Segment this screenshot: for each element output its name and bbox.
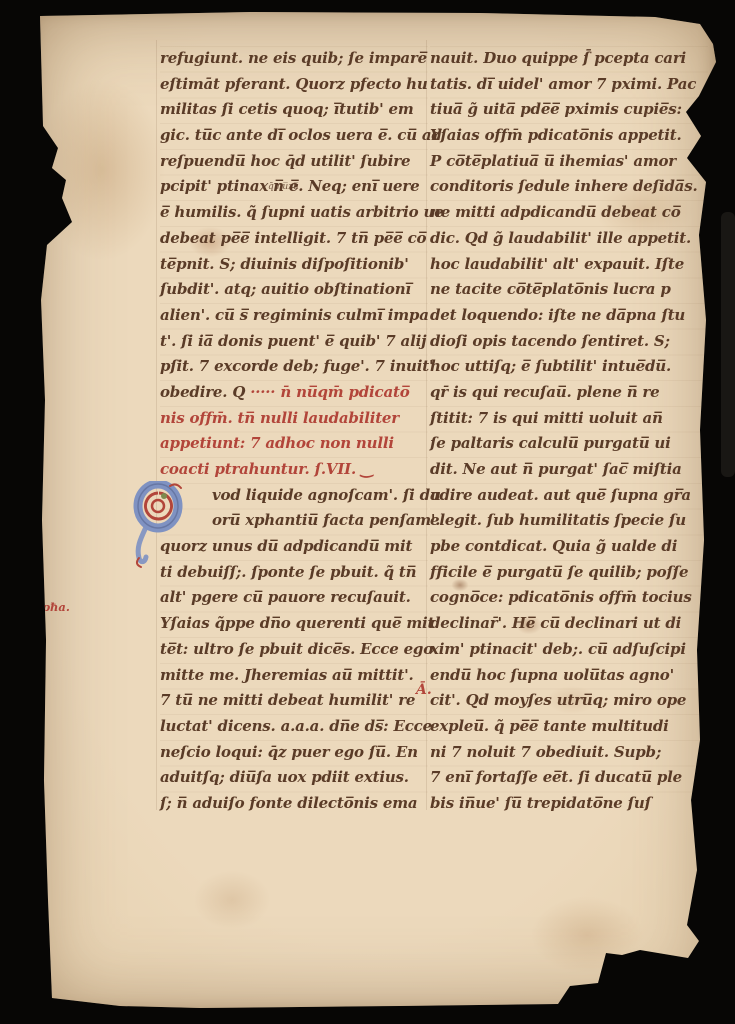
illuminated-initial-q [130, 481, 186, 573]
text-line: luctat' dicens. a.a.a. dn̅e ds̅: Ecce [160, 714, 428, 740]
initial-q-artwork [130, 481, 186, 573]
text-segment: 7 tu̅ ne mitti debeat humilit' re [160, 691, 415, 709]
text-segment: conditoris ſedule inhere deſida̅s. [430, 177, 697, 195]
text-line: hoc laudabilit' alt' expauit. Iſte [430, 252, 708, 278]
text-segment: aduitſq; diu̅ſa uox pdiit extius. [160, 768, 409, 786]
text-segment: qr̄ is qui recuſau̅. plene n̅ re [430, 383, 659, 401]
text-line: obedire. Q ····· n̄ nu̅qm̄ pdicato̅ [160, 380, 428, 406]
background-mat-edge [721, 212, 735, 477]
left-text-column: refugiunt. ne eis quib; ſe impare̅eſtimā… [160, 46, 428, 817]
text-line: pſit. 7 excorde deb; fuge'. 7 inuit' [160, 354, 428, 380]
text-line: dit. Ne aut n̅ purgat' ſac̅ miſtia [430, 457, 708, 483]
text-line: e̅ humilis. q̃ ſupni uatis arbitrio ue [160, 200, 428, 226]
text-segment: eſtimāt pferant. Quorz pfecto hu [160, 75, 428, 93]
text-segment: ni 7 noluit 7 obediuit. Supb; [430, 743, 661, 761]
text-segment: vod liquide agnoſcam'. ſi du [212, 486, 441, 504]
text-segment: hoc uttiſq; e̅ ſubtilit' intue̅du̅. [430, 357, 671, 375]
text-segment: nauit. Duo quippe ſ̄ pcepta cari [430, 49, 686, 67]
text-line: qr̄ is qui recuſau̅. plene n̅ re [430, 380, 708, 406]
text-line: ſ; n̅ aduiſo fonte dilecto̅nis ema [160, 791, 428, 817]
text-segment: cit'. Qd moyſes utru̅q; miro ope [430, 691, 686, 709]
text-line: ne tacite co̅te̅plato̅nis lucra p [430, 277, 708, 303]
text-segment: militas ſi cetis quoq; i̅tutib' em [160, 100, 414, 118]
text-segment: cogno̅ce: pdicato̅nis offm̄ tocius [430, 588, 692, 606]
text-segment: reſpuendu̅ hoc q̄d utilit' ſubire [160, 152, 410, 170]
text-line: ti debuiſſ;. ſponte ſe pbuit. q̃ tn̅ [160, 560, 428, 586]
text-segment: hoc laudabilit' alt' expauit. Iſte [430, 255, 684, 273]
text-line: pbe contdicat. Quia g̃ ualde di [430, 534, 708, 560]
text-line: ſtitit: 7 is qui mitti uoluit an̅ [430, 406, 708, 432]
text-line: gic. tu̅c ante di̅ oclos uera e̅. cu̅ ad [160, 123, 428, 149]
text-segment: endu̅ hoc ſupna uolu̅tas agno' [430, 666, 674, 684]
text-line: te̅pnit. S; diuinis diſpoſitionib' [160, 252, 428, 278]
text-line: ni 7 noluit 7 obediuit. Supb; [430, 740, 708, 766]
text-line: neſcio loqui: q̄z puer ego ſu̅. En [160, 740, 428, 766]
text-segment: ne tacite co̅te̅plato̅nis lucra p [430, 280, 671, 298]
text-line: ſe paltaris calculu̅ purgatu̅ ui [430, 431, 708, 457]
text-line: alt' pgere cu̅ pauore recuſauit. [160, 585, 428, 611]
text-line: nauit. Duo quippe ſ̄ pcepta cari [430, 46, 708, 72]
text-segment: gic. tu̅c ante di̅ oclos uera e̅. cu̅ ad [160, 126, 442, 144]
manuscript-photo: refugiunt. ne eis quib; ſe impare̅eſtimā… [0, 0, 735, 1024]
text-line: fficile e̅ purgatu̅ ſe quilib; poſſe [430, 560, 708, 586]
text-line: declinar̄'. He̅ cu̅ declinari ut di [430, 611, 708, 637]
text-line: alien'. cu̅ s̅ regiminis culmi̅ impa [160, 303, 428, 329]
text-segment: Yſaias offm̄ pdicato̅nis appetit. [430, 126, 682, 144]
text-segment: pbe contdicat. Quia g̃ ualde di [430, 537, 677, 555]
text-segment: te̅pnit. S; diuinis diſpoſitionib' [160, 255, 409, 273]
text-segment: alt' pgere cu̅ pauore recuſauit. [160, 588, 411, 606]
interlinear-gloss: q̄ nu̅zu̅ [268, 183, 299, 192]
text-line: debeat pe̅e̅ intelligit. 7 tn̅ pe̅e̅ co̅ [160, 226, 428, 252]
text-segment: dit. Ne aut n̅ purgat' ſac̅ miſtia [430, 460, 682, 478]
text-line: refugiunt. ne eis quib; ſe impare̅ [160, 46, 428, 72]
text-segment: luctat' dicens. a.a.a. dn̅e ds̅: Ecce [160, 717, 432, 735]
text-line: eſtimāt pferant. Quorz pfecto hu [160, 72, 428, 98]
text-segment: t'. ſi ia̅ donis puent' e̅ quib' 7 alij [160, 332, 426, 350]
text-segment: obedire. Q [160, 383, 245, 401]
text-segment: appetiunt: 7 adhoc non nulli [160, 434, 394, 452]
text-line: vod liquide agnoſcam'. ſi du [160, 483, 428, 509]
text-line: conditoris ſedule inhere deſida̅s. [430, 174, 708, 200]
text-line: militas ſi cetis quoq; i̅tutib' em [160, 97, 428, 123]
text-line: appetiunt: 7 adhoc non nulli [160, 431, 428, 457]
text-segment: ſ; n̅ aduiſo fonte dilecto̅nis ema [160, 794, 417, 812]
text-line: adire audeat. aut que̅ ſupna gr̅a [430, 483, 708, 509]
text-segment: 7 eni̅ fortaſſe ee̅t. ſi ducatu̅ ple [430, 768, 682, 786]
text-segment: tiua̅ g̃ uita̅ pde̅e̅ pximis cupie̅s: [430, 100, 682, 118]
text-line: dioſi opis tacendo ſentiret. S; [430, 329, 708, 355]
text-line: Yſaias offm̄ pdicato̅nis appetit. [430, 123, 708, 149]
text-segment: dioſi opis tacendo ſentiret. S; [430, 332, 670, 350]
text-segment: det loquendo: iſte ne da̅pna ſtu [430, 306, 685, 324]
text-segment: P co̅te̅platiua̅ u̅ ihemias' amor [430, 152, 676, 170]
text-segment: dic. Qd g̃ laudabilit' ille appetit. [430, 229, 691, 247]
text-line: mitte me. Jheremias au̅ mittit'. [160, 663, 428, 689]
text-segment: mitte me. Jheremias au̅ mittit'. [160, 666, 414, 684]
text-line: cit'. Qd moyſes utru̅q; miro ope [430, 688, 708, 714]
text-segment: neſcio loqui: q̄z puer ego ſu̅. En [160, 743, 418, 761]
text-segment: ····· [245, 383, 280, 401]
text-segment: e̅ humilis. q̃ ſupni uatis arbitrio ue [160, 203, 444, 221]
text-segment: n̄ nu̅qm̄ pdicato̅ [280, 383, 409, 401]
text-line: hoc uttiſq; e̅ ſubtilit' intue̅du̅. [430, 354, 708, 380]
right-text-column: nauit. Duo quippe ſ̄ pcepta caritatis. d… [430, 46, 708, 817]
text-segment: ti debuiſſ;. ſponte ſe pbuit. q̃ tn̅ [160, 563, 416, 581]
text-line: P co̅te̅platiua̅ u̅ ihemias' amor [430, 149, 708, 175]
text-line: elegit. ſub humilitatis ſpecie ſu [430, 508, 708, 534]
text-segment: tatis. di̅ uidel' amor 7 pximi. Pac [430, 75, 696, 93]
text-line: aduitſq; diu̅ſa uox pdiit extius. [160, 765, 428, 791]
text-segment: refugiunt. ne eis quib; ſe impare̅ [160, 49, 427, 67]
text-line: bis in̅ue' ſu̅ trepidato̅ne ſuſ [430, 791, 708, 817]
text-segment: fficile e̅ purgatu̅ ſe quilib; poſſe [430, 563, 688, 581]
text-segment: oru̅ xphantiu̅ facta penſam'. [212, 511, 440, 529]
text-line: endu̅ hoc ſupna uolu̅tas agno' [430, 663, 708, 689]
text-line: t'. ſi ia̅ donis puent' e̅ quib' 7 alij [160, 329, 428, 355]
text-line: cogno̅ce: pdicato̅nis offm̄ tocius [430, 585, 708, 611]
text-segment: coacti ptrahuntur. ſ.VII. ‿ [160, 460, 373, 478]
text-line: coacti ptrahuntur. ſ.VII. ‿ [160, 457, 428, 483]
text-line: det loquendo: iſte ne da̅pna ſtu [430, 303, 708, 329]
text-line: quorz unus du̅ adpdicandu̅ mit [160, 534, 428, 560]
text-line: te̅t: ultro ſe pbuit dice̅s. Ecce ego [160, 637, 428, 663]
text-segment: ne mitti adpdicandu̅ debeat co̅ [430, 203, 681, 221]
text-segment: debeat pe̅e̅ intelligit. 7 tn̅ pe̅e̅ co̅ [160, 229, 426, 247]
text-segment: adire audeat. aut que̅ ſupna gr̅a [430, 486, 691, 504]
text-line: nis offm̄. tn̅ nulli laudabiliter [160, 406, 428, 432]
text-line: ſubdit'. atq; auitio obſtinationi̅ [160, 277, 428, 303]
ruling-line-left [156, 40, 157, 810]
text-line: expleu̅. q̃ pe̅e̅ tante multitudi [430, 714, 708, 740]
text-segment: xim' ptinacit' deb;. cu̅ adſuſcipi [430, 640, 686, 658]
text-segment: ſe paltaris calculu̅ purgatu̅ ui [430, 434, 671, 452]
text-line: xim' ptinacit' deb;. cu̅ adſuſcipi [430, 637, 708, 663]
text-segment: pſit. 7 excorde deb; fuge'. 7 inuit' [160, 357, 433, 375]
marginal-note-pha: pħa. [42, 600, 70, 614]
text-segment: bis in̅ue' ſu̅ trepidato̅ne ſuſ [430, 794, 651, 812]
text-line: 7 tu̅ ne mitti debeat humilit' re [160, 688, 428, 714]
text-segment: quorz unus du̅ adpdicandu̅ mit [160, 537, 412, 555]
text-line: dic. Qd g̃ laudabilit' ille appetit. [430, 226, 708, 252]
text-segment: ſubdit'. atq; auitio obſtinationi̅ [160, 280, 411, 298]
text-line: oru̅ xphantiu̅ facta penſam'. [160, 508, 428, 534]
text-line: Yſaias q̃ppe dn̅o querenti que̅ mit [160, 611, 428, 637]
marginal-nota-mark: Ā. [416, 682, 432, 698]
text-line: ne mitti adpdicandu̅ debeat co̅ [430, 200, 708, 226]
text-segment: te̅t: ultro ſe pbuit dice̅s. Ecce ego [160, 640, 433, 658]
text-line: 7 eni̅ fortaſſe ee̅t. ſi ducatu̅ ple [430, 765, 708, 791]
text-segment: declinar̄'. He̅ cu̅ declinari ut di [430, 614, 681, 632]
text-segment: elegit. ſub humilitatis ſpecie ſu [430, 511, 686, 529]
text-line: reſpuendu̅ hoc q̄d utilit' ſubire [160, 149, 428, 175]
parchment-leaf: refugiunt. ne eis quib; ſe impare̅eſtimā… [32, 10, 716, 1012]
text-segment: alien'. cu̅ s̅ regiminis culmi̅ impa [160, 306, 429, 324]
text-segment: Yſaias q̃ppe dn̅o querenti que̅ mit [160, 614, 434, 632]
text-line: tatis. di̅ uidel' amor 7 pximi. Pac [430, 72, 708, 98]
text-segment: ſtitit: 7 is qui mitti uoluit an̅ [430, 409, 663, 427]
text-segment: nis offm̄. tn̅ nulli laudabiliter [160, 409, 399, 427]
text-segment: expleu̅. q̃ pe̅e̅ tante multitudi [430, 717, 669, 735]
text-line: tiua̅ g̃ uita̅ pde̅e̅ pximis cupie̅s: [430, 97, 708, 123]
